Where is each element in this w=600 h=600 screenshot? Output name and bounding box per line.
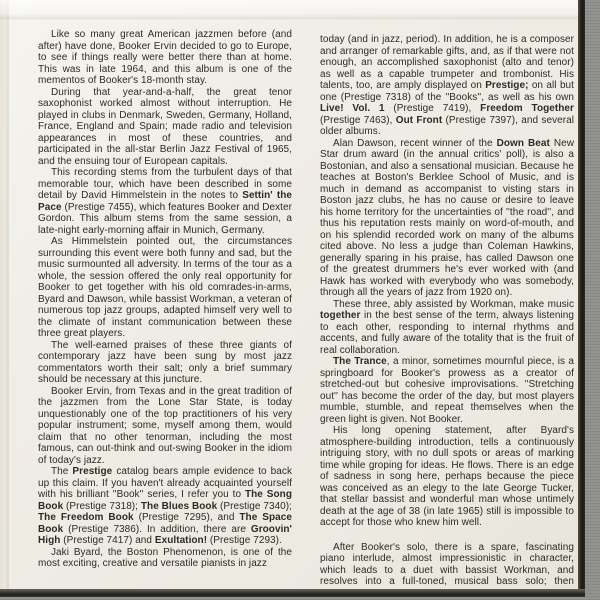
album-title-bold-text: The Freedom Book xyxy=(38,512,134,523)
album-title-bold-text: Prestige xyxy=(72,466,112,477)
body-text: His long opening statement, after Byard'… xyxy=(320,425,574,528)
album-title-bold-text: The Trance xyxy=(333,356,387,367)
liner-notes-right-column: today (and in jazz, period). In addition… xyxy=(320,34,574,586)
paragraph: today (and in jazz, period). In addition… xyxy=(320,34,574,138)
paragraph: The well-earned praises of these three g… xyxy=(38,340,292,386)
body-text: Jaki Byard, the Boston Phenomenon, is on… xyxy=(38,547,292,570)
paragraph: These three, ably assisted by Workman, m… xyxy=(320,299,574,357)
album-title-bold-text: together xyxy=(320,310,360,321)
body-text: (Prestige 7419), xyxy=(385,103,481,114)
paragraph: As Himmelstein pointed out, the circumst… xyxy=(38,236,292,340)
paragraph: After Booker's solo, there is a spare, f… xyxy=(320,542,574,587)
body-text: (Prestige 7318); xyxy=(63,501,141,512)
body-text: (Prestige 7386). In addition, there are xyxy=(63,524,251,535)
body-text: (Prestige 7293). xyxy=(207,535,282,546)
body-text: New Star drum award (in the annual criti… xyxy=(320,138,574,299)
liner-notes-left-column: Like so many great American jazzmen befo… xyxy=(38,29,292,582)
paragraph: Jaki Byard, the Boston Phenomenon, is on… xyxy=(38,547,292,570)
body-text: The well-earned praises of these three g… xyxy=(38,340,292,386)
top-fold-crease xyxy=(0,0,578,20)
paragraph: The Trance, a minor, sometimes mournful … xyxy=(320,356,574,425)
paragraph: This recording stems from the turbulent … xyxy=(38,167,292,236)
body-text: (Prestige 7295), and xyxy=(134,512,240,523)
body-text: After Booker's solo, there is a spare, f… xyxy=(320,542,574,587)
album-title-bold-text: Exultation! xyxy=(155,535,207,546)
body-text: (Prestige 7463), xyxy=(320,115,396,126)
album-title-bold-text: The Blues Book xyxy=(141,501,217,512)
paragraph: During that year-and-a-half, the great t… xyxy=(38,87,292,168)
body-text: During that year-and-a-half, the great t… xyxy=(38,87,292,167)
paragraph: Like so many great American jazzmen befo… xyxy=(38,29,292,87)
album-title-bold-text: Prestige; xyxy=(485,80,528,91)
liner-notes-paper: Like so many great American jazzmen befo… xyxy=(0,0,578,589)
paragraph: Alan Dawson, recent winner of the Down B… xyxy=(320,138,574,299)
paragraph: The Prestige catalog bears ample evidenc… xyxy=(38,466,292,547)
album-title-bold-text: Down Beat xyxy=(497,138,550,149)
paper-edge-shadow-bottom xyxy=(0,589,585,597)
body-text: The xyxy=(51,466,72,477)
body-text: Like so many great American jazzmen befo… xyxy=(38,29,292,86)
body-text: As Himmelstein pointed out, the circumst… xyxy=(38,236,292,339)
scanned-page: Like so many great American jazzmen befo… xyxy=(0,0,600,600)
body-text: (Prestige 7417) and xyxy=(60,535,154,546)
paragraph: Booker Ervin, from Texas and in the grea… xyxy=(38,386,292,467)
body-text: Booker Ervin, from Texas and in the grea… xyxy=(38,386,292,466)
body-text: These three, ably assisted by Workman, m… xyxy=(333,299,574,310)
album-title-bold-text: Out Front xyxy=(396,115,442,126)
paper-edge-shadow-right xyxy=(578,0,585,597)
body-text: (Prestige 7340); xyxy=(217,501,292,512)
paragraph: His long opening statement, after Byard'… xyxy=(320,425,574,529)
body-text: (Prestige 7455), which features Booker a… xyxy=(38,202,292,236)
body-text: Alan Dawson, recent winner of the xyxy=(333,138,497,149)
album-title-bold-text: Live! Vol. 1 xyxy=(320,103,385,114)
album-title-bold-text: Freedom Together xyxy=(480,103,574,114)
left-fold-crease xyxy=(0,0,9,589)
